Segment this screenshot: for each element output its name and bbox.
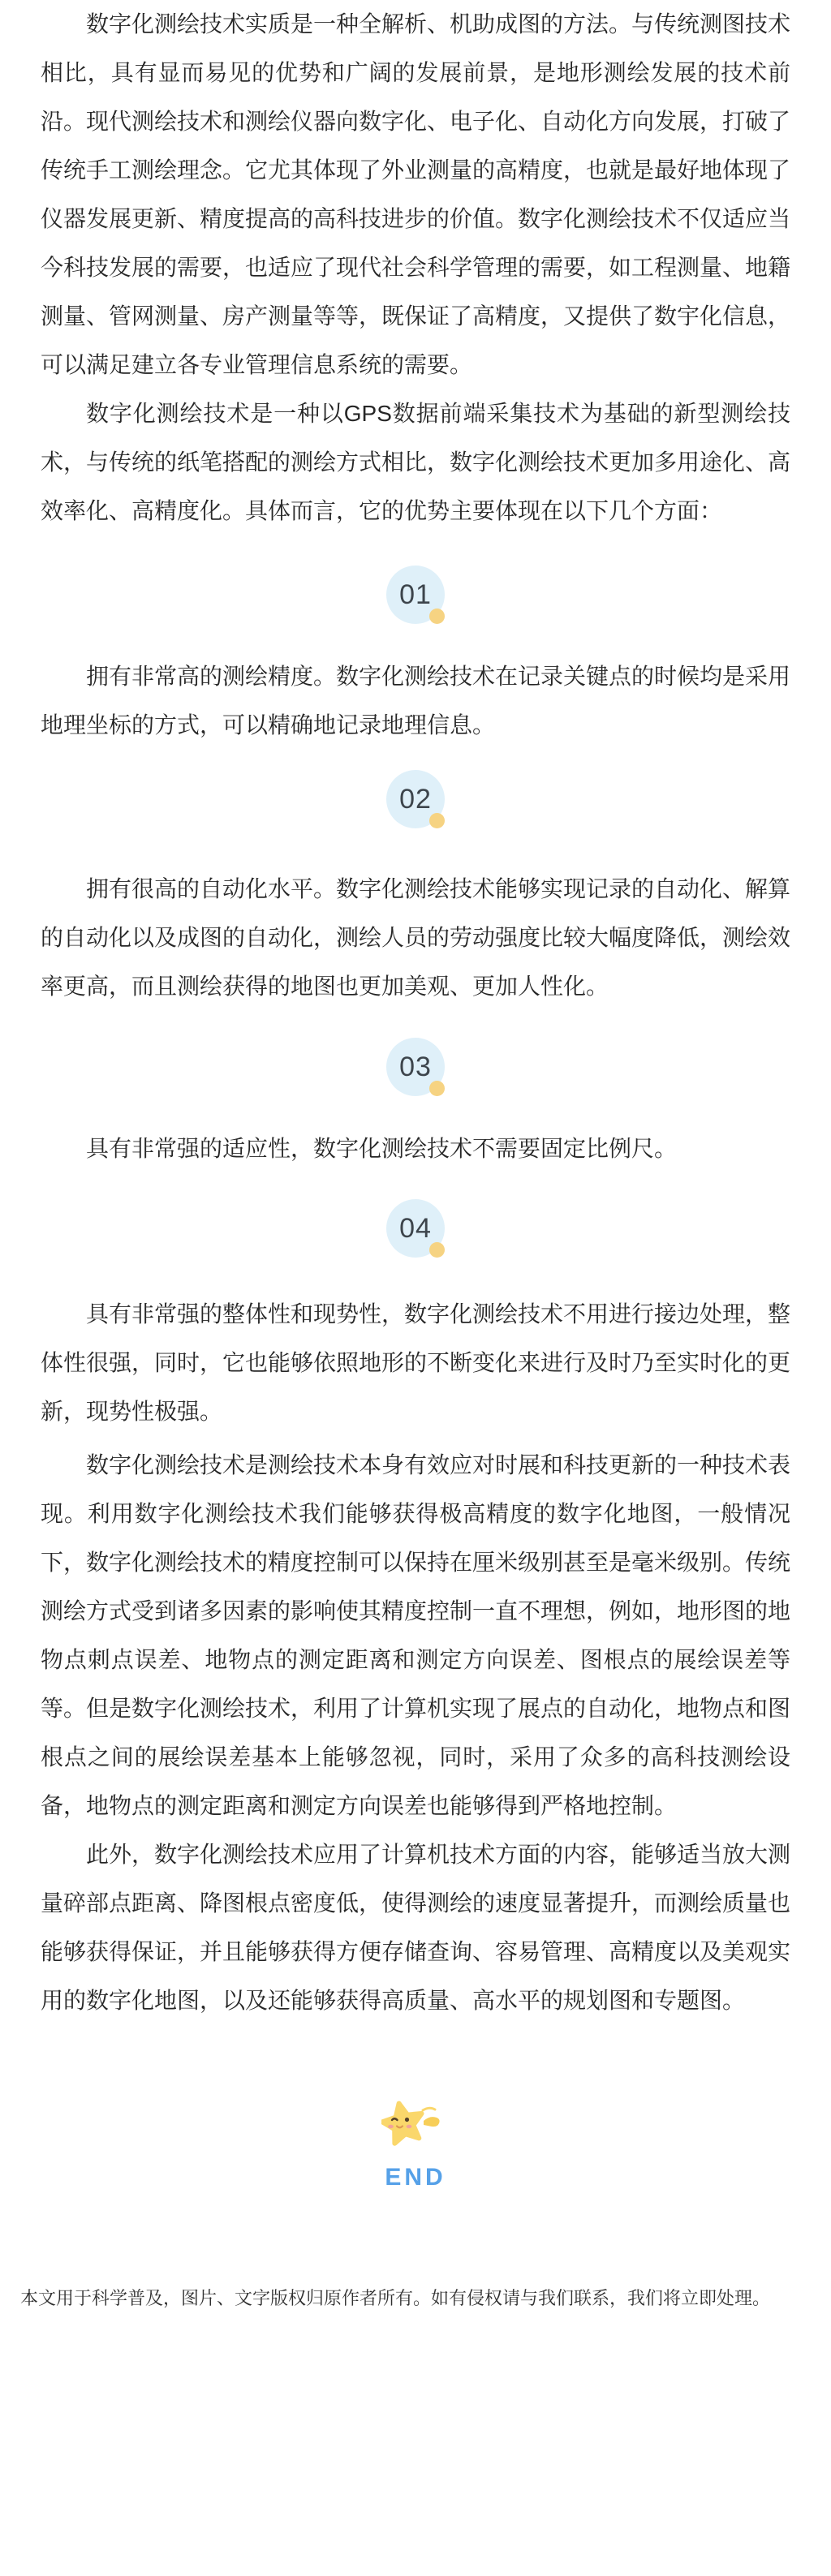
badge-03: 03	[386, 1038, 445, 1096]
section-02-paragraph: 拥有很高的自动化水平。数字化测绘技术能够实现记录的自动化、解算的自动化以及成图的…	[41, 865, 790, 1011]
winking-star-icon	[381, 2100, 450, 2147]
badge-01-number: 01	[399, 579, 432, 611]
badge-04: 04	[386, 1199, 445, 1258]
intro-paragraph-2: 数字化测绘技术是一种以GPS数据前端采集技术为基础的新型测绘技术，与传统的纸笔搭…	[41, 389, 790, 535]
end-label: END	[41, 2165, 790, 2191]
star-motion-line	[423, 2108, 435, 2110]
star-open-eye	[405, 2118, 409, 2122]
star-cheek-right	[407, 2125, 412, 2128]
star-icon-wrap	[41, 2100, 790, 2147]
closing-paragraph-2: 此外，数字化测绘技术应用了计算机技术方面的内容，能够适当放大测量碎部点距离、降图…	[41, 1830, 790, 2025]
star-hand	[424, 2117, 440, 2127]
section-01-paragraph: 拥有非常高的测绘精度。数字化测绘技术在记录关键点的时候均是采用地理坐标的方式，可…	[41, 652, 790, 750]
closing-paragraph-1: 数字化测绘技术是测绘技术本身有效应对时展和科技更新的一种技术表现。利用数字化测绘…	[41, 1441, 790, 1830]
badge-02: 02	[386, 770, 445, 828]
section-badge-04: 04	[41, 1199, 790, 1258]
section-04-paragraph: 具有非常强的整体性和现势性，数字化测绘技术不用进行接边处理，整体性很强，同时，它…	[41, 1290, 790, 1436]
badge-01-accent-dot	[429, 609, 445, 624]
badge-03-number: 03	[399, 1051, 432, 1083]
article-body: 数字化测绘技术实质是一种全解析、机助成图的方法。与传统测图技术相比，具有显而易见…	[0, 0, 831, 2191]
section-badge-03: 03	[41, 1038, 790, 1096]
badge-02-accent-dot	[429, 813, 445, 828]
star-cheek-left	[388, 2125, 394, 2128]
badge-02-number: 02	[399, 784, 432, 815]
star-body	[382, 2104, 421, 2144]
footer-disclaimer: 本文用于科学普及，图片、文字版权归原作者所有。如有侵权请与我们联系，我们将立即处…	[20, 2274, 811, 2323]
badge-03-accent-dot	[429, 1081, 445, 1096]
intro-paragraph-1: 数字化测绘技术实质是一种全解析、机助成图的方法。与传统测图技术相比，具有显而易见…	[41, 0, 790, 389]
badge-04-accent-dot	[429, 1242, 445, 1258]
badge-04-number: 04	[399, 1213, 432, 1245]
end-block: END	[41, 2100, 790, 2191]
badge-01: 01	[386, 566, 445, 624]
section-03-paragraph: 具有非常强的适应性，数字化测绘技术不需要固定比例尺。	[41, 1125, 790, 1173]
section-badge-01: 01	[41, 566, 790, 624]
section-badge-02: 02	[41, 770, 790, 828]
